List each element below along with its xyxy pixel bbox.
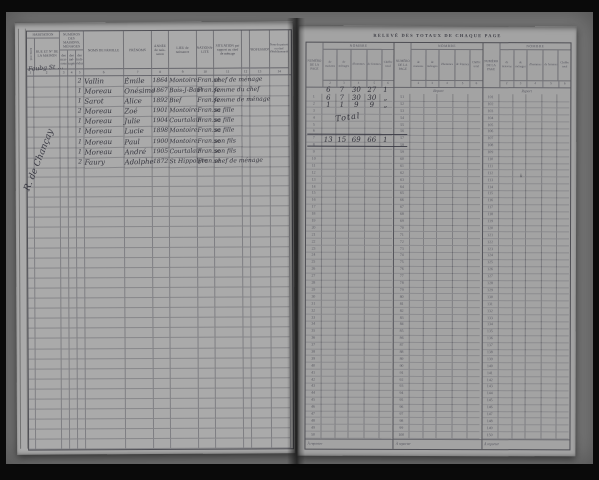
header-blank (242, 31, 250, 69)
census-table-body: 2 Vallin Émile 1864 Montoire Fran.se che… (27, 75, 293, 450)
hand-row-page3: 11 99 „ (321, 101, 391, 109)
cell-prenom: Adolphe (124, 156, 152, 168)
left-page: Faubg St … R. de Chançay HABITATION SECT… (15, 21, 295, 454)
header-situation: SITUATION par rapport au chef de ménage (214, 31, 242, 69)
entry-rows: 2 Vallin Émile 1864 Montoire Fran.se che… (27, 75, 291, 167)
column-number: 9 (169, 69, 197, 75)
header-lieu: LIEU de naissance (169, 31, 197, 69)
cell-num-individu: 1 (76, 127, 84, 138)
column-number: 10 (197, 69, 214, 75)
table-row-empty (29, 439, 293, 450)
recap-group-3: NUMÉRO DE LA PAGE NOMBRE de maisons de m… (482, 43, 570, 449)
header-annee: ANNÉE de nais- sance (152, 31, 169, 69)
recap-group-2: NUMÉRO DE LA PAGE NOMBRE de maisons de m… (394, 43, 483, 449)
header-profession: PROFESSION (250, 30, 270, 68)
census-register-scan: Faubg St … R. de Chançay HABITATION SECT… (0, 0, 599, 480)
header-num-menages: des mé- nages (68, 50, 76, 68)
cell-annee: 1872 (152, 156, 169, 167)
column-number: 13 (250, 68, 270, 74)
page-number: 100 (394, 432, 410, 440)
header-section: SECTION (27, 39, 35, 69)
header-numero-page: NUMÉRO DE LA PAGE (395, 43, 412, 87)
page-number: 50 (305, 431, 321, 439)
census-table-header: HABITATION SECTION RUE ET N° DE LA MAISO… (27, 30, 291, 69)
header-noms: NOMS DE FAMILLE (84, 31, 124, 69)
center-binding (287, 18, 305, 464)
cell-lieu: St Hippolyte (169, 156, 197, 168)
column-number: 7 (124, 69, 152, 75)
page-number-rows: 101 102 103 104 105 (482, 94, 570, 439)
header-numero-page: NUMÉRO DE LA PAGE (483, 43, 500, 87)
column-number: 12 (242, 68, 250, 74)
header-nombre-subs: de maisons de ménages d'hommes de femmes… (412, 50, 482, 80)
right-page: RELEVÉ DES TOTAUX DE CHAQUE PAGE k 67 30… (297, 26, 576, 457)
column-number: 11 (214, 69, 242, 75)
header-num-individus: des indi- vidus (76, 50, 83, 68)
a-reporter-row: À reporter (394, 438, 481, 448)
header-numero-page: NUMÉRO DE LA PAGE (306, 43, 323, 87)
page-row: 150 (482, 432, 569, 439)
header-nombre-subs: de maisons de ménages d'hommes de femmes… (323, 50, 393, 80)
header-group-numeros: NUMÉROS DES MAISONS, MÉNAGES des mai- so… (60, 31, 84, 69)
a-reporter-row: À reporter (482, 439, 569, 449)
hand-total-row: 1315 6966 1 (307, 134, 407, 147)
cell-situation: chef de ménage (214, 156, 242, 168)
page-number: 150 (482, 432, 498, 440)
column-number: 4 (68, 69, 76, 75)
scan-backdrop: Faubg St … R. de Chançay HABITATION SECT… (6, 12, 593, 464)
header-nationalite: NATIONA- LITÉ (197, 31, 214, 69)
empty-rows (28, 166, 293, 450)
page-row: 100 (394, 432, 481, 439)
column-number: 6 (84, 69, 124, 75)
page-row: 50 (305, 431, 392, 438)
census-table: HABITATION SECTION RUE ET N° DE LA MAISO… (26, 29, 294, 451)
column-number: 8 (152, 69, 169, 75)
cell-nom: Faury (84, 156, 124, 168)
stray-ink-mark: k (520, 174, 522, 179)
recap-group-1-header: NUMÉRO DE LA PAGE NOMBRE de maisons de m… (306, 43, 393, 88)
recap-title: RELEVÉ DES TOTAUX DE CHAQUE PAGE (299, 33, 577, 39)
column-number: 5 (76, 69, 84, 75)
header-nombre-subs: de maisons de ménages d'hommes de femmes… (500, 50, 570, 80)
cell-nationalite: Fran.se (197, 156, 214, 167)
column-numbers-row: 2 3 4 5 6 (412, 80, 482, 87)
header-prenoms: PRÉNOMS (124, 31, 152, 69)
column-numbers-row: 2 3 4 5 6 (500, 80, 570, 87)
a-reporter-row: À reporter (305, 438, 392, 448)
